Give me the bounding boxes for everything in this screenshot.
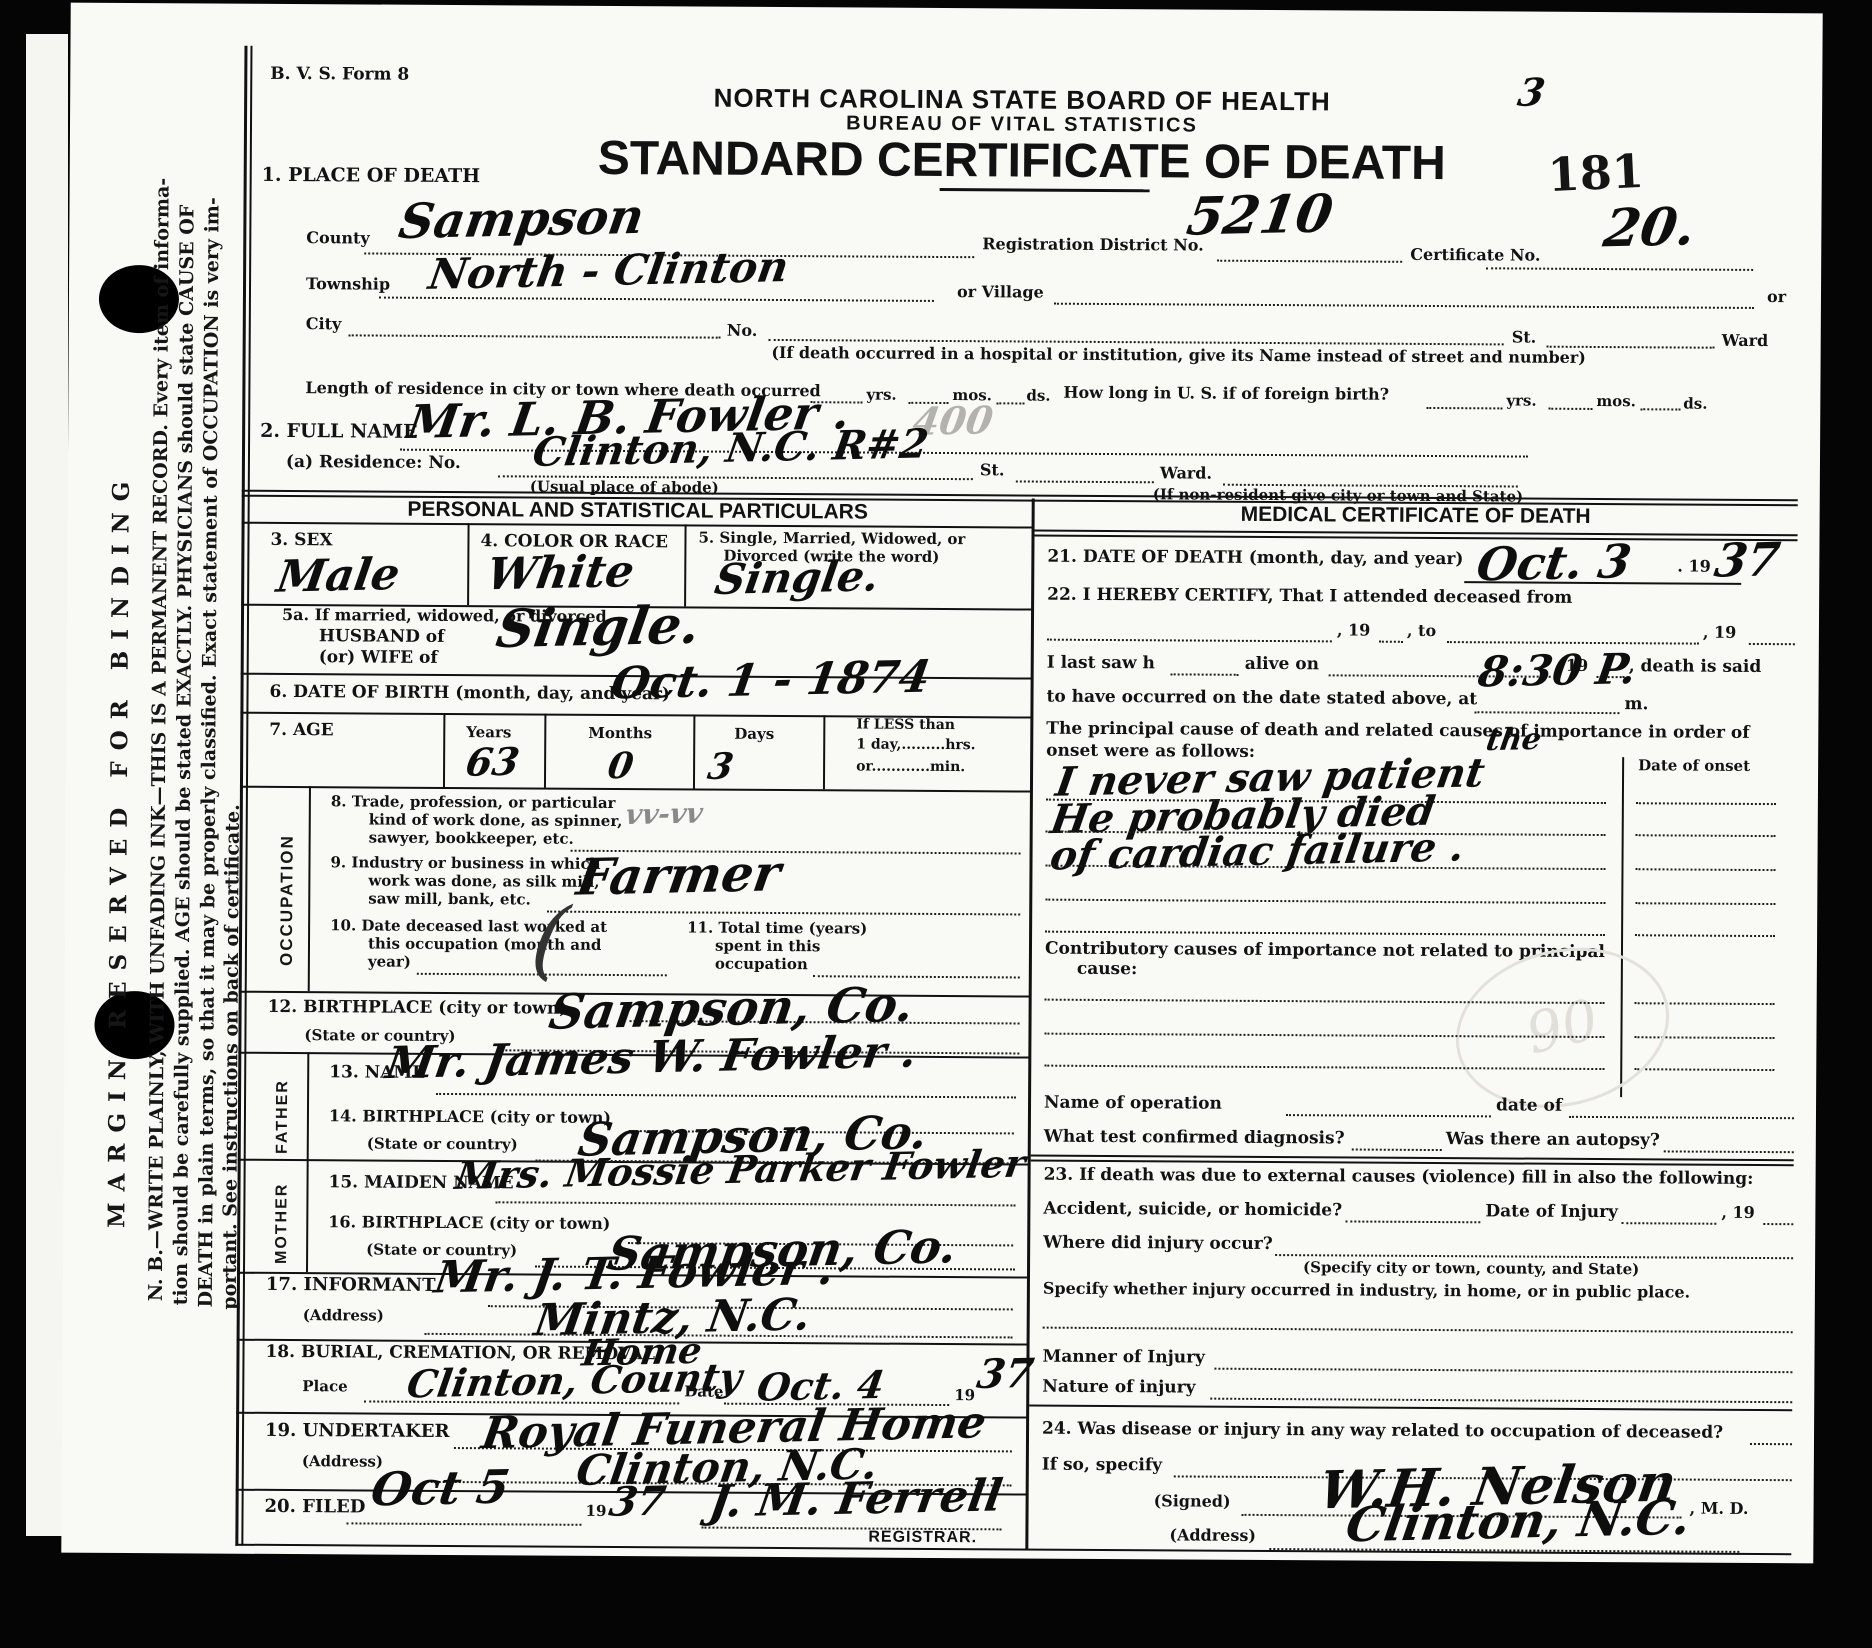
spouse-value: Single.	[493, 600, 703, 657]
informant-label: 17. INFORMANT	[266, 1276, 436, 1296]
filed-label: 20. FILED	[265, 1498, 366, 1518]
last-worked-label3: year)	[368, 954, 411, 970]
where-injury-label: Where did injury occur?	[1043, 1235, 1273, 1254]
medical-header-rule	[1035, 530, 1798, 542]
specify-industry-label: Specify whether injury occurred in indus…	[1043, 1281, 1690, 1302]
cell-divider	[443, 713, 445, 787]
dotted-line	[346, 1520, 581, 1525]
father-vertical-label: FATHER	[274, 1079, 292, 1154]
dotted-line	[1016, 478, 1154, 483]
time-of-death-value: 8:30 P.	[1475, 648, 1639, 694]
age-months-value: 0	[605, 748, 636, 785]
accident-label: Accident, suicide, or homicide?	[1043, 1201, 1342, 1221]
dotted-line	[1548, 406, 1592, 410]
age-label: 7. AGE	[269, 722, 333, 740]
residence-st-label: St.	[980, 462, 1005, 479]
cell-divider	[693, 714, 695, 788]
burial-date-label: Date	[684, 1384, 723, 1400]
dotted-line	[1569, 1114, 1794, 1119]
onset-dotted-line	[1636, 800, 1776, 805]
dod-year-value: 37	[1712, 536, 1783, 584]
manner-of-injury-label: Manner of Injury	[1042, 1349, 1205, 1368]
date-of-death-value: Oct. 3	[1474, 538, 1634, 588]
rule-line	[1029, 1405, 1792, 1412]
dotted-line	[1750, 1441, 1792, 1445]
burial-place-label: Place	[302, 1379, 347, 1395]
dotted-line	[349, 332, 721, 338]
mos-label: mos.	[1596, 394, 1636, 410]
dotted-line	[547, 909, 1020, 916]
certificate-no-label: Certificate No.	[1410, 247, 1540, 265]
cell-divider	[544, 714, 546, 788]
total-time-label1: 11. Total time (years)	[687, 920, 867, 937]
dotted-line	[1447, 639, 1699, 645]
personal-section-header: PERSONAL AND STATISTICAL PARTICULARS	[242, 498, 1034, 525]
occurred-m-label: m.	[1624, 696, 1648, 714]
county-label: County	[306, 230, 369, 247]
alive-on-label: alive on	[1245, 656, 1319, 674]
wife-of-label: (or) WIFE of	[319, 649, 438, 668]
trade-label1: 8. Trade, profession, or particular	[331, 794, 616, 811]
sex-value: Male	[274, 553, 403, 600]
dotted-line	[1054, 301, 1754, 309]
county-value: Sampson	[396, 193, 647, 246]
page-left-edge	[26, 34, 68, 1536]
yrs-label: yrs.	[1506, 393, 1536, 409]
dotted-line	[1045, 929, 1605, 936]
yrs-label: yrs.	[866, 388, 896, 404]
burial-year-value: 37	[974, 1354, 1036, 1395]
informant-address-label: (Address)	[303, 1308, 384, 1324]
certificate-no-value: 20.	[1600, 201, 1698, 255]
last-saw-label: I last saw h	[1047, 655, 1155, 674]
months-label: Months	[588, 726, 652, 742]
certify-label: 22. I HEREBY CERTIFY, That I attended de…	[1047, 587, 1572, 608]
township-label: Township	[306, 276, 390, 293]
autopsy-label: Was there an autopsy?	[1446, 1131, 1660, 1150]
dotted-line	[1217, 258, 1402, 263]
dotted-line	[1214, 1366, 1792, 1374]
dotted-line	[1286, 1112, 1491, 1117]
dotted-line	[1621, 1220, 1716, 1225]
abode-note: (Usual place of abode)	[530, 479, 719, 496]
specify-city-note: (Specify city or town, county, and State…	[1303, 1260, 1639, 1278]
undertaker-label: 19. UNDERTAKER	[265, 1422, 450, 1442]
dotted-line	[1047, 637, 1332, 643]
dotted-line	[1749, 641, 1795, 645]
city-no-label: No.	[727, 323, 758, 340]
father-box-rule	[307, 1052, 310, 1159]
onset-dotted-line	[1634, 1066, 1774, 1071]
hospital-note: (If death occurred in a hospital or inst…	[719, 345, 1639, 367]
if-so-specify-label: If so, specify	[1042, 1457, 1162, 1476]
physician-address-label: (Address)	[1169, 1527, 1256, 1544]
mother-maiden-value: Mrs. Mossie Parker Fowler	[453, 1144, 1028, 1195]
residence-value: Clinton, N.C. R#2	[530, 424, 931, 473]
dotted-line	[1486, 265, 1753, 271]
city-label: City	[306, 316, 342, 333]
margin-nb-line2: tion should be carefully supplied. AGE s…	[170, 85, 199, 1305]
death-is-said-label: , death is said	[1629, 658, 1762, 677]
registration-district-label: Registration District No.	[982, 236, 1204, 254]
mother-vertical-label: MOTHER	[273, 1183, 291, 1264]
dotted-line	[1763, 1221, 1793, 1225]
total-time-label3: occupation	[715, 957, 808, 973]
occupation-value: Farmer	[574, 848, 784, 903]
residence-label: (a) Residence: No.	[286, 454, 461, 473]
if-less-label1: If LESS than	[856, 717, 955, 732]
city-st-label: St.	[1512, 329, 1537, 346]
marital-value: Single.	[712, 555, 882, 601]
sex-label: 3. SEX	[270, 532, 332, 550]
dotted-line	[1474, 709, 1619, 714]
last-worked-label2: this occupation (month and	[368, 936, 601, 953]
city-ward-label: Ward	[1722, 333, 1769, 350]
days-label: Days	[734, 727, 774, 743]
date-of-onset-label: Date of onset	[1638, 758, 1750, 774]
birthplace-label: 12. BIRTHPLACE (city or town)	[268, 999, 568, 1019]
place-of-death-label: 1. PLACE OF DEATH	[262, 166, 481, 187]
top-short-rule	[940, 188, 1150, 192]
township-value: North - Clinton	[426, 246, 791, 296]
cause-inserted-word: the	[1484, 725, 1543, 756]
filed-year-value: 37	[607, 1481, 669, 1522]
occurred-label: to have occurred on the date stated abov…	[1046, 689, 1477, 709]
if-less-label2: 1 day,.........hrs.	[856, 737, 975, 752]
injury-19-label: , 19	[1721, 1205, 1755, 1222]
filed-19-label: 19	[585, 1504, 606, 1520]
father-name-value: Mr. James W. Fowler .	[383, 1030, 920, 1086]
industry-label2: work was done, as silk mill,	[368, 873, 599, 890]
mother-box-rule	[306, 1159, 309, 1272]
registrar-signature: J. M. Ferrell	[706, 1474, 1005, 1525]
registrar-label: REGISTRAR.	[868, 1530, 977, 1547]
dotted-line	[1640, 406, 1680, 410]
husband-of-label: HUSBAND of	[319, 628, 445, 647]
dotted-line	[1210, 1396, 1792, 1404]
nature-of-injury-label: Nature of injury	[1042, 1379, 1195, 1398]
or-label: or	[1767, 289, 1786, 306]
occupation-box-rule	[308, 786, 311, 991]
onset-dotted-line	[1635, 932, 1775, 937]
dotted-line	[1345, 1218, 1480, 1223]
full-name-label: 2. FULL NAME	[260, 422, 418, 443]
or-village-label: or Village	[957, 284, 1044, 301]
cell-divider	[467, 523, 470, 605]
total-time-label2: spent in this	[715, 939, 820, 955]
external-causes-label: 23. If death was due to external causes …	[1044, 1167, 1754, 1189]
ds-label: ds.	[1026, 389, 1050, 405]
state-country-label: (State or country)	[367, 1136, 518, 1153]
occupation-vertical-label: OCCUPATION	[277, 834, 298, 966]
industry-label1: 9. Industry or business in which	[330, 855, 600, 872]
dotted-line	[1043, 1325, 1793, 1334]
dotted-line	[996, 400, 1024, 404]
onset-dotted-line	[1635, 900, 1775, 905]
cell-divider	[823, 715, 825, 789]
foreign-birth-label: How long in U. S. if of foreign birth?	[1063, 385, 1389, 404]
certify-19b-label: , 19	[1703, 625, 1737, 642]
dotted-line	[1045, 897, 1605, 904]
dotted-line	[1352, 1147, 1442, 1152]
residence-ward-label: Ward.	[1160, 465, 1212, 482]
principal-cause-label1: The principal cause of death and related…	[1046, 721, 1749, 743]
registration-district-value: 5210	[1183, 188, 1336, 243]
signed-label: (Signed)	[1154, 1493, 1231, 1510]
dotted-line	[1426, 405, 1502, 409]
scanned-death-certificate: MARGIN RESERVED FOR BINDING N. B.—WRITE …	[0, 0, 1872, 1648]
date-of-injury-label: Date of Injury	[1485, 1203, 1618, 1222]
onset-dotted-line	[1635, 866, 1775, 871]
father-birthplace-label: 14. BIRTHPLACE (city or town)	[329, 1108, 611, 1127]
test-label: What test confirmed diagnosis?	[1044, 1129, 1345, 1149]
md-label: , M. D.	[1690, 1501, 1749, 1518]
operation-label: Name of operation	[1044, 1095, 1222, 1114]
trade-label3: sawyer, bookkeeper, etc.	[369, 830, 574, 847]
mother-birthplace-label: 16. BIRTHPLACE (city or town)	[328, 1214, 610, 1233]
dotted-line	[1379, 639, 1403, 643]
age-days-value: 3	[705, 748, 736, 785]
ds-label: ds.	[1683, 397, 1707, 413]
margin-binding-note: MARGIN RESERVED FOR BINDING	[103, 438, 135, 1228]
certificate-page: MARGIN RESERVED FOR BINDING N. B.—WRITE …	[61, 3, 1822, 1564]
date-of-death-label: 21. DATE OF DEATH (month, day, and year)	[1047, 549, 1463, 569]
filed-date-value: Oct 5	[368, 1463, 512, 1512]
margin-nb-line1: N. B.—WRITE PLAINLY, WITH UNFADING INK—T…	[145, 81, 174, 1301]
industry-label3: saw mill, bank, etc.	[368, 891, 531, 908]
physician-address-value: Clinton, N.C.	[1343, 1494, 1694, 1550]
contributory-label2: cause:	[1077, 961, 1137, 979]
certify-19a-label: , 19	[1337, 622, 1371, 639]
trade-label2: kind of work done, as spinner,	[369, 812, 623, 829]
marital-label: 5. Single, Married, Widowed, or	[698, 531, 965, 548]
occupation-related-label: 24. Was disease or injury in any way rel…	[1042, 1421, 1723, 1443]
trade-pen-marks: vv-vv	[624, 799, 705, 829]
onset-dotted-line	[1636, 832, 1776, 837]
date-of-birth-value: Oct. 1 - 1874	[608, 655, 933, 706]
dotted-line	[1664, 1148, 1794, 1153]
pen-stroke: (	[526, 897, 572, 983]
stamped-certificate-number: 181	[1547, 144, 1645, 202]
race-value: White	[484, 550, 637, 597]
dotted-line	[1171, 671, 1239, 675]
dod-19-label: . 19	[1677, 558, 1711, 575]
dotted-line	[436, 1091, 1016, 1099]
undertaker-address-label: (Address)	[302, 1454, 383, 1470]
dotted-line	[495, 1199, 1015, 1206]
age-years-value: 63	[463, 743, 522, 782]
operation-date-label: date of	[1496, 1097, 1562, 1115]
medical-section-header: MEDICAL CERTIFICATE OF DEATH	[1034, 503, 1798, 530]
certify-to-label: , to	[1407, 623, 1436, 640]
if-less-label3: or............min.	[856, 759, 965, 774]
